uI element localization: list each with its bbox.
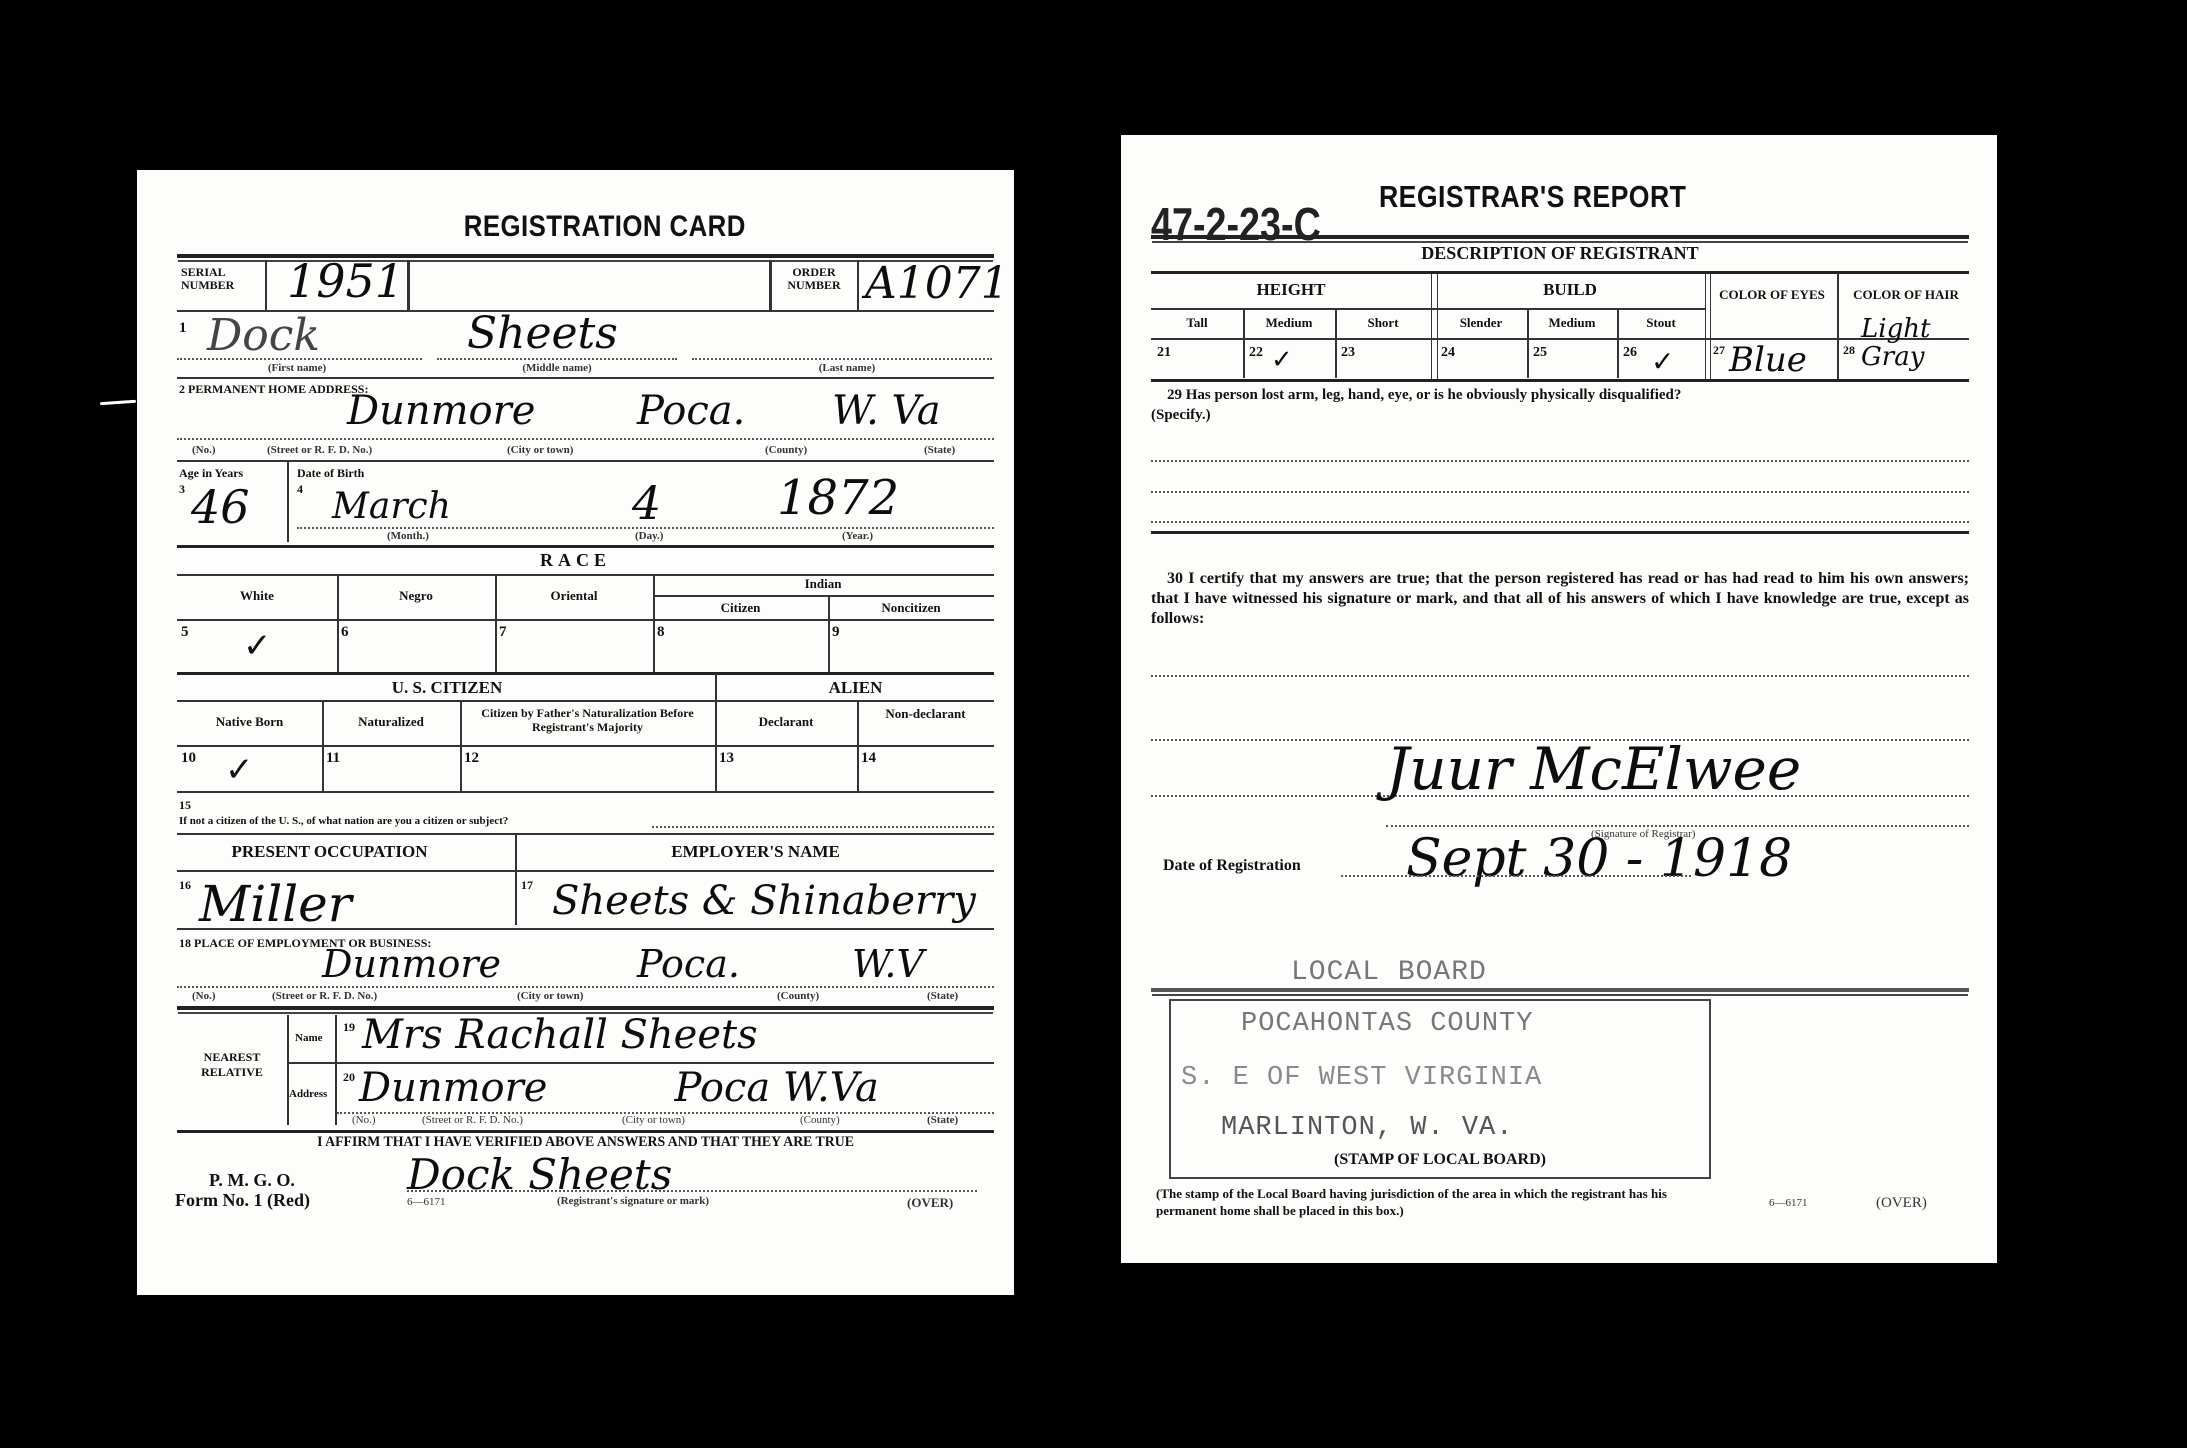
field-number: 14	[861, 750, 876, 767]
race-header-indian-noncitizen: Noncitizen	[828, 600, 994, 616]
dob-label: Date of Birth	[297, 466, 364, 481]
relative-label-city: (City or town)	[622, 1114, 685, 1126]
race-title: RACE	[137, 550, 1014, 571]
over-label: (OVER)	[1876, 1195, 1927, 1212]
middle-name: Sheets	[467, 308, 618, 359]
field-number: 12	[464, 750, 479, 767]
rule	[177, 928, 994, 930]
field-number: 26	[1623, 345, 1637, 361]
relative-address-value: Dunmore Poca W.Va	[359, 1065, 879, 1111]
field-number: 13	[719, 750, 734, 767]
address-label-city: (City or town)	[507, 444, 573, 456]
date-of-registration-label: Date of Registration	[1163, 857, 1301, 875]
address-label-no: (No.)	[192, 444, 216, 456]
nearest-relative-label: NEAREST RELATIVE	[177, 1050, 287, 1080]
date-of-registration-value: Sept 30 - 1918	[1406, 829, 1792, 889]
build-col-medium: Medium	[1527, 315, 1617, 331]
rule	[177, 833, 994, 835]
divider	[335, 1015, 337, 1125]
place-label-no: (No.)	[192, 990, 216, 1002]
field-number: 1	[179, 320, 187, 337]
field-number: 8	[657, 624, 665, 641]
build-stout-checkmark: ✓	[1651, 345, 1674, 378]
divider	[1335, 308, 1337, 378]
field-number: 19	[343, 1020, 355, 1035]
scan-scratch-mark	[100, 400, 136, 406]
employer-value: Sheets & Shinaberry	[552, 878, 976, 924]
serial-number-value: 1951	[287, 254, 404, 308]
stamp-box: POCAHONTAS COUNTY S. E OF WEST VIRGINIA …	[1169, 999, 1711, 1179]
field-number: 21	[1157, 345, 1171, 361]
divider	[1705, 273, 1711, 379]
address-label-county: (County)	[765, 444, 807, 456]
build-col-stout: Stout	[1617, 315, 1705, 331]
alien-title: ALIEN	[717, 678, 994, 698]
build-header: BUILD	[1435, 280, 1705, 300]
dotted-line	[407, 1190, 977, 1192]
middle-name-label: (Middle name)	[487, 362, 627, 374]
field-number: 25	[1533, 345, 1547, 361]
rule	[177, 460, 994, 462]
divider	[265, 260, 267, 310]
dob-month-label: (Month.)	[387, 530, 429, 542]
rule	[1151, 531, 1969, 534]
stamp-line-county: POCAHONTAS COUNTY	[1241, 1009, 1533, 1039]
divider	[857, 700, 859, 792]
height-col-tall: Tall	[1151, 315, 1243, 331]
rule	[177, 791, 994, 793]
height-col-medium: Medium	[1243, 315, 1335, 331]
relative-label-county: (County)	[800, 1114, 840, 1126]
divider	[322, 700, 324, 792]
first-name: Dock	[207, 310, 320, 361]
dotted-line	[177, 986, 994, 988]
rule	[177, 545, 994, 548]
place-label-street: (Street or R. F. D. No.)	[272, 990, 377, 1002]
rule	[177, 377, 994, 379]
dob-day: 4	[632, 476, 661, 530]
rule	[1151, 338, 1969, 340]
divider	[828, 595, 830, 672]
dotted-line	[1151, 460, 1969, 462]
dotted-line	[1341, 875, 1691, 877]
field-number: 24	[1441, 345, 1455, 361]
rule	[1151, 308, 1705, 310]
divider	[1837, 273, 1839, 379]
dob-year: 1872	[777, 470, 899, 526]
dotted-line	[1151, 675, 1969, 677]
local-board-stamp-text: LOCAL BOARD	[1291, 957, 1487, 988]
first-name-label: (First name)	[227, 362, 367, 374]
dotted-line	[177, 358, 422, 360]
rule	[177, 700, 994, 702]
address-label-street: (Street or R. F. D. No.)	[267, 444, 372, 456]
rule	[177, 870, 994, 872]
home-state: W. Va	[832, 388, 941, 434]
dotted-line	[1386, 825, 1969, 827]
home-address-label: 2 PERMANENT HOME ADDRESS:	[179, 382, 368, 397]
field-number: 15	[179, 798, 191, 813]
alien-header-nondeclarant: Non-declarant	[857, 706, 994, 721]
occupation-value: Miller	[199, 875, 352, 933]
eyes-header: COLOR OF EYES	[1707, 287, 1837, 303]
stamp-caption: (STAMP OF LOCAL BOARD)	[1171, 1151, 1709, 1169]
field-number: 6	[341, 624, 349, 641]
rule	[287, 1062, 994, 1064]
stamp-footnote: (The stamp of the Local Board having jur…	[1156, 1185, 1716, 1219]
card-title: REGISTRATION CARD	[407, 210, 803, 244]
employer-header: EMPLOYER'S NAME	[517, 842, 994, 862]
over-label: (OVER)	[907, 1195, 953, 1211]
race-white-checkmark: ✓	[243, 626, 272, 666]
field-number: 27	[1713, 343, 1725, 358]
last-name-label: (Last name)	[777, 362, 917, 374]
q30-certification-text: 30 I certify that my answers are true; t…	[1151, 569, 1969, 629]
q29-text: 29 Has person lost arm, leg, hand, eye, …	[1151, 387, 1969, 404]
field-number: 11	[326, 750, 340, 767]
dotted-line	[1151, 521, 1969, 523]
relative-address-label: Address	[289, 1088, 327, 1100]
divider	[460, 700, 462, 792]
place-label-city: (City or town)	[517, 990, 583, 1002]
age-value: 46	[191, 480, 250, 534]
field-number: 23	[1341, 345, 1355, 361]
field-number: 9	[832, 624, 840, 641]
divider	[287, 1015, 289, 1125]
place-county: Poca.	[637, 942, 740, 986]
dob-month: March	[332, 486, 451, 527]
relative-name-value: Mrs Rachall Sheets	[362, 1012, 758, 1058]
citizen-header-by-father: Citizen by Father's Naturalization Befor…	[460, 706, 715, 734]
race-header-indian-citizen: Citizen	[653, 600, 828, 616]
divider	[715, 673, 717, 791]
height-medium-checkmark: ✓	[1271, 345, 1293, 375]
height-header: HEIGHT	[1151, 280, 1431, 300]
relative-label-state: (State)	[927, 1114, 958, 1126]
field-number: 3	[179, 482, 185, 497]
field-number: 10	[181, 750, 196, 767]
divider	[769, 260, 772, 310]
dotted-line	[1151, 491, 1969, 493]
affirmation-text: I AFFIRM THAT I HAVE VERIFIED ABOVE ANSW…	[210, 1134, 962, 1151]
relative-label-no: (No.)	[352, 1114, 376, 1126]
age-label: Age in Years	[179, 466, 243, 481]
registrar-signature: Juur McElwee	[1386, 735, 1801, 803]
native-born-checkmark: ✓	[225, 750, 254, 790]
rule	[177, 619, 994, 621]
stamp-line-city: MARLINTON, W. VA.	[1221, 1113, 1513, 1143]
divider	[1527, 308, 1529, 378]
dotted-line	[297, 527, 994, 529]
serial-number-label: SERIAL NUMBER	[181, 266, 261, 292]
dob-year-label: (Year.)	[842, 530, 873, 542]
relative-name-label: Name	[295, 1032, 323, 1044]
rule	[177, 672, 994, 675]
divider	[287, 462, 289, 542]
rule	[653, 595, 994, 597]
height-col-short: Short	[1335, 315, 1431, 331]
relative-label-street: (Street or R. F. D. No.)	[422, 1114, 523, 1126]
order-number-value: A1071	[865, 258, 1009, 309]
rule	[177, 745, 994, 747]
field-number: 4	[297, 482, 303, 497]
dotted-line	[652, 826, 994, 828]
field-number: 16	[179, 878, 191, 893]
field-number: 7	[499, 624, 507, 641]
order-number-label: ORDER NUMBER	[774, 266, 854, 292]
us-citizen-title: U. S. CITIZEN	[177, 678, 717, 698]
divider	[857, 260, 859, 310]
divider	[495, 574, 497, 672]
place-label-state: (State)	[927, 990, 958, 1002]
rule	[177, 1006, 994, 1010]
race-header-negro: Negro	[337, 588, 495, 604]
rule	[1151, 988, 1969, 992]
home-county: Poca.	[637, 388, 745, 434]
field-number: 28	[1843, 343, 1855, 358]
citizen-header-native-born: Native Born	[177, 714, 322, 730]
dotted-line	[177, 438, 994, 440]
dotted-line	[437, 358, 677, 360]
hair-header: COLOR OF HAIR	[1841, 287, 1971, 303]
alien-header-declarant: Declarant	[715, 714, 857, 730]
q15-text: If not a citizen of the U. S., of what n…	[179, 815, 508, 827]
home-city: Dunmore	[347, 388, 535, 434]
divider	[515, 835, 517, 925]
registrars-report: 47-2-23-C REGISTRAR'S REPORT DESCRIPTION…	[1121, 135, 1997, 1263]
field-number: 17	[521, 878, 533, 893]
field-number: 20	[343, 1070, 355, 1085]
divider	[337, 574, 339, 672]
rule	[1151, 271, 1969, 274]
place-state: W.V	[852, 942, 924, 986]
divider	[653, 574, 655, 672]
divider	[1243, 308, 1245, 378]
registration-card-front: REGISTRATION CARD SERIAL NUMBER 1951 ORD…	[137, 170, 1014, 1295]
rule	[1151, 379, 1969, 382]
divider	[1617, 308, 1619, 378]
stamp-line-state: S. E OF WEST VIRGINIA	[1181, 1063, 1542, 1093]
print-code: 6—6171	[1769, 1197, 1808, 1209]
race-header-indian: Indian	[653, 576, 993, 592]
form-number: Form No. 1 (Red)	[175, 1190, 310, 1211]
place-label-county: (County)	[777, 990, 819, 1002]
signature-label: (Registrant's signature or mark)	[557, 1195, 709, 1207]
place-city: Dunmore	[322, 942, 501, 986]
address-label-state: (State)	[924, 444, 955, 456]
rule	[1151, 235, 1969, 239]
race-header-oriental: Oriental	[495, 588, 653, 604]
divider	[407, 260, 410, 310]
dob-day-label: (Day.)	[635, 530, 663, 542]
citizen-header-naturalized: Naturalized	[322, 714, 460, 730]
eye-color-value: Blue	[1729, 340, 1807, 380]
build-col-slender: Slender	[1435, 315, 1527, 331]
occupation-header: PRESENT OCCUPATION	[177, 842, 482, 862]
race-header-white: White	[177, 588, 337, 604]
pmgo-label: P. M. G. O.	[209, 1170, 295, 1191]
hair-color-value: Light Gray	[1861, 315, 1981, 371]
description-subtitle: DESCRIPTION OF REGISTRANT	[1151, 243, 1969, 264]
field-number: 5	[181, 624, 189, 641]
rule	[177, 1130, 994, 1133]
report-title: REGISTRAR'S REPORT	[1379, 179, 1686, 215]
q29-specify: (Specify.)	[1151, 407, 1211, 424]
field-number: 22	[1249, 345, 1263, 361]
dotted-line	[692, 358, 992, 360]
